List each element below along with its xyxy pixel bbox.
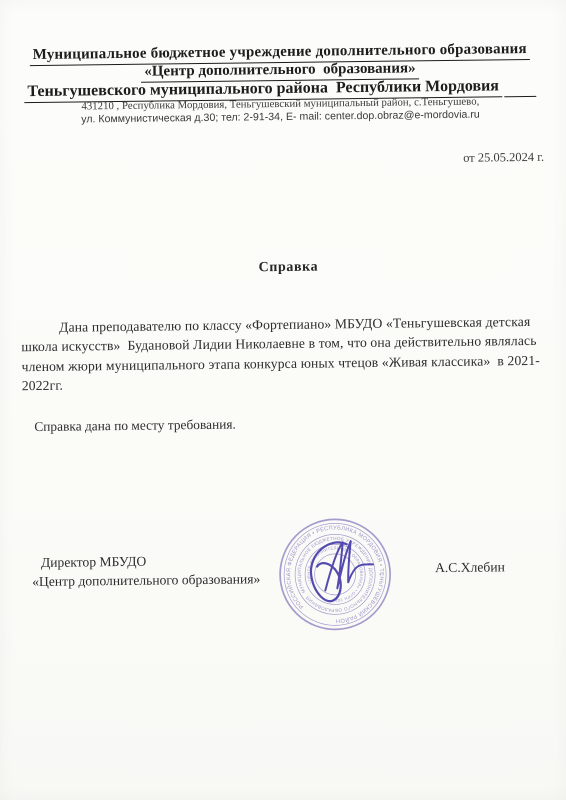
body-paragraph: Дана преподавателю по классу «Фортепиано…	[21, 311, 548, 396]
round-stamp: РОССИЙСКАЯ ФЕДЕРАЦИЯ • РЕСПУБЛИКА МОРДОВ…	[261, 500, 409, 648]
stamp-text: РОССИЙСКАЯ ФЕДЕРАЦИЯ • РЕСПУБЛИКА МОРДОВ…	[265, 504, 406, 645]
document-date: от 25.05.2024 г.	[463, 150, 544, 166]
issued-for-note: Справка дана по месту требования.	[34, 417, 236, 435]
stamp-star-right: *	[379, 573, 381, 579]
document-title: Справка	[5, 256, 566, 279]
svg-text:МУНИЦИПАЛЬНОЕ БЮДЖЕТНОЕ УЧРЕЖД: МУНИЦИПАЛЬНОЕ БЮДЖЕТНОЕ УЧРЕЖДЕНИЕ ДОПОЛ…	[282, 522, 388, 628]
signer-role-line-2: «Центр дополнительного образования»	[32, 571, 260, 590]
stamp-outer-ring-text: РОССИЙСКАЯ ФЕДЕРАЦИЯ • РЕСПУБЛИКА МОРДОВ…	[266, 505, 405, 644]
svg-text:РОССИЙСКАЯ ФЕДЕРАЦИЯ • РЕСПУ: РОССИЙСКАЯ ФЕДЕРАЦИЯ • РЕСПУБЛИКА МОРДОВ…	[266, 505, 405, 644]
signer-name: А.С.Хлебин	[435, 559, 505, 576]
signer-role-line-1: Директор МБУДО	[41, 554, 147, 571]
scanned-content: Муниципальное бюджетное учреждение допол…	[0, 0, 566, 800]
document-page: Муниципальное бюджетное учреждение допол…	[0, 0, 566, 800]
stamp-circles	[279, 519, 390, 630]
stamp-svg: РОССИЙСКАЯ ФЕДЕРАЦИЯ • РЕСПУБЛИКА МОРДОВ…	[261, 500, 409, 648]
stamp-middle-ring-text: МУНИЦИПАЛЬНОЕ БЮДЖЕТНОЕ УЧРЕЖДЕНИЕ ДОПОЛ…	[282, 522, 388, 628]
stamp-star-left: *	[288, 574, 290, 580]
